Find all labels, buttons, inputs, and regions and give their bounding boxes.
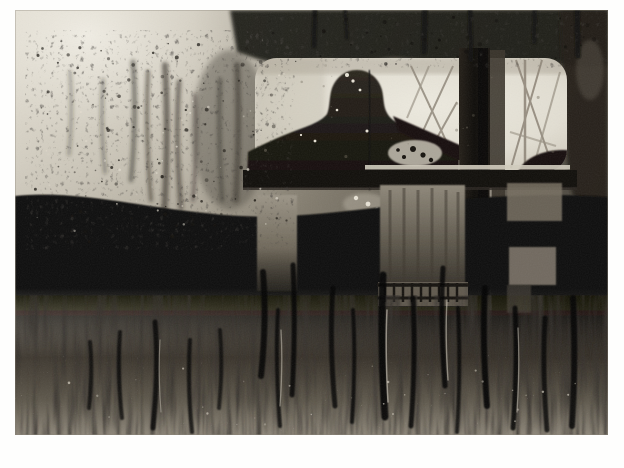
film-grain <box>15 10 608 435</box>
photograph-canvas <box>15 10 608 435</box>
photograph <box>15 10 608 435</box>
photo-print-border <box>0 0 624 468</box>
